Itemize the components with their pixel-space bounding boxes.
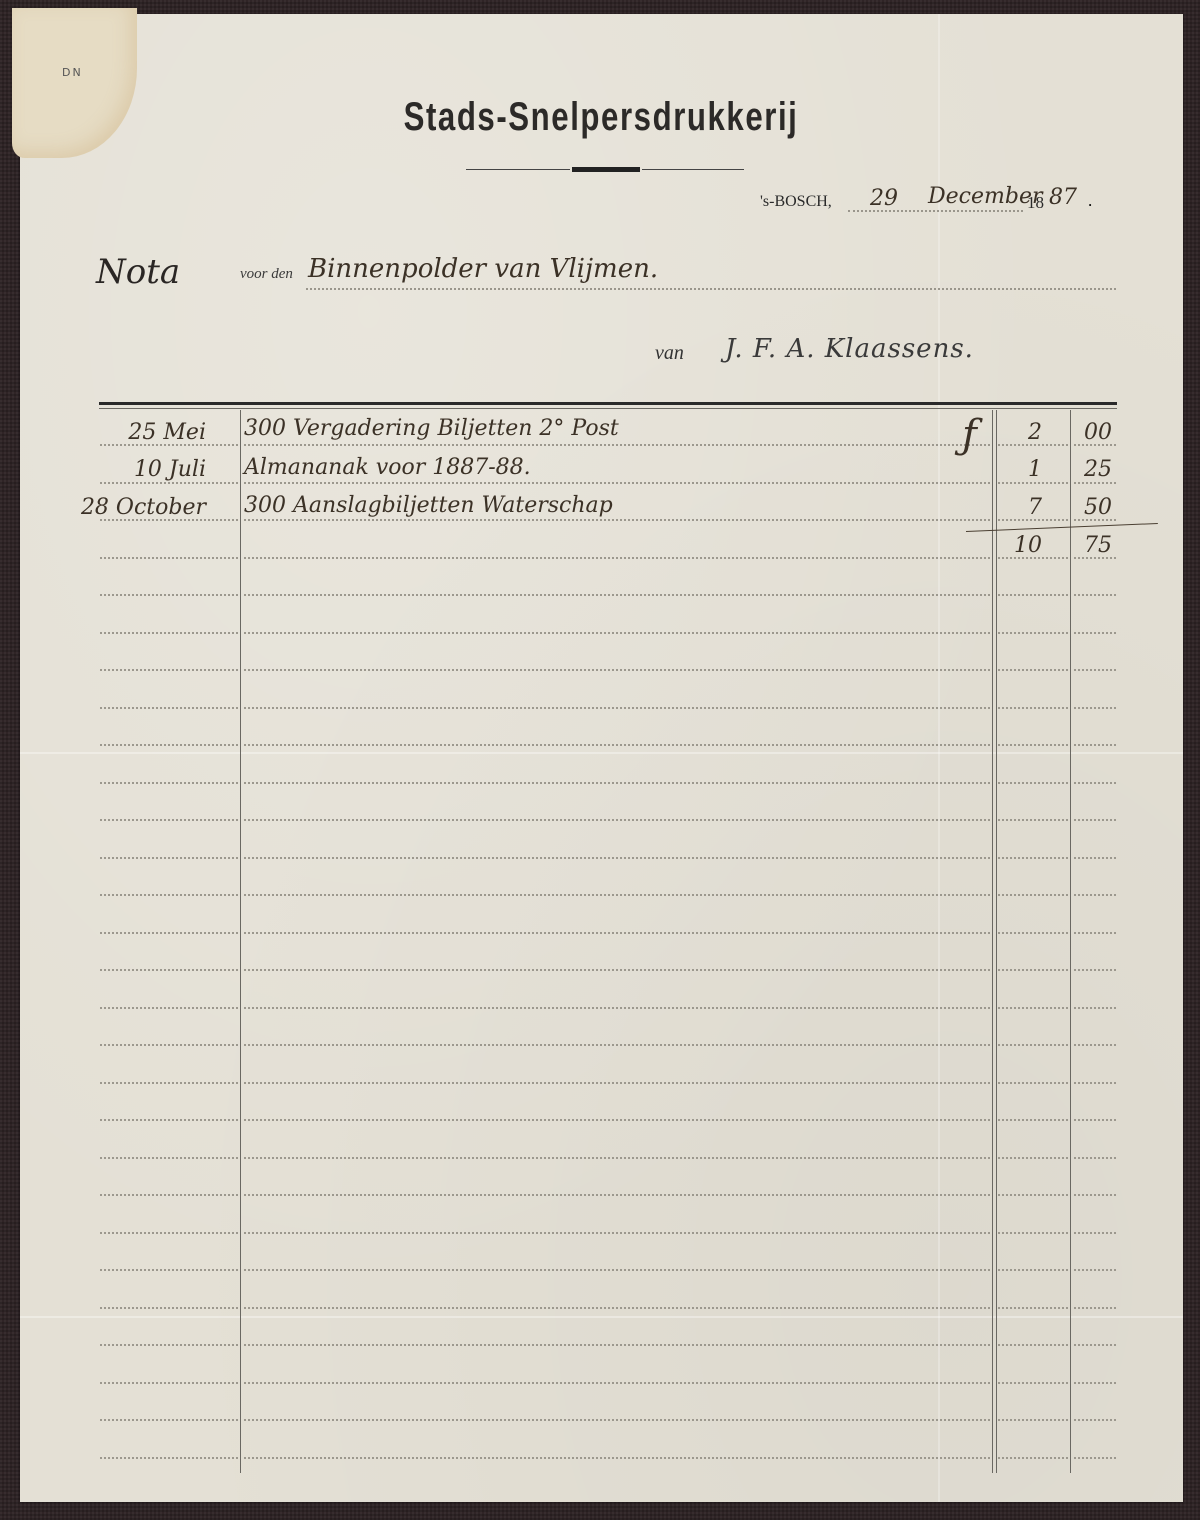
letterhead-rule-ornament <box>446 167 686 172</box>
dotted-rule <box>244 707 990 709</box>
dotted-rule <box>244 1419 990 1421</box>
dotted-rule <box>244 932 990 934</box>
date-year-handwritten: 87 <box>1049 185 1077 210</box>
dotted-rule <box>244 557 990 559</box>
dotted-rule <box>100 594 238 596</box>
torn-corner <box>12 8 137 158</box>
dotted-rule <box>244 857 990 859</box>
dotted-rule <box>244 1232 990 1234</box>
issuer-line: van J. F. A. Klaassens. <box>655 330 1105 380</box>
dotted-rule <box>100 1082 238 1084</box>
dotted-rule <box>1074 894 1116 896</box>
dotted-rule <box>100 1269 238 1271</box>
dotted-rule <box>1074 782 1116 784</box>
dotted-rule <box>100 1007 238 1009</box>
dotted-rule <box>244 782 990 784</box>
dotted-rule <box>998 1119 1068 1121</box>
item-description: 300 Vergadering Biljetten 2° Post <box>244 416 619 441</box>
dotted-rule <box>100 669 238 671</box>
dotted-rule <box>1074 1157 1116 1159</box>
dotted-rule <box>998 894 1068 896</box>
dotted-rule <box>244 894 990 896</box>
dotted-rule <box>244 1194 990 1196</box>
dotted-rule <box>100 857 238 859</box>
letterhead-company-name: Stads-Snelpersdrukkerij <box>355 95 846 140</box>
place-label: 's-BOSCH, <box>760 193 832 211</box>
item-cents: 50 <box>1084 495 1112 520</box>
florin-symbol: ƒ <box>962 412 977 458</box>
dotted-rule <box>100 894 238 896</box>
dotted-rule <box>244 1007 990 1009</box>
table-top-rule-thin <box>99 408 1117 409</box>
item-guilders: 1 <box>1000 457 1042 482</box>
dotted-rule <box>244 1457 990 1459</box>
place-and-date: 's-BOSCH, 29 December 18 87 . <box>760 188 1120 218</box>
dotted-rule <box>100 932 238 934</box>
total-cents: 75 <box>1084 533 1112 558</box>
item-date: 25 Mei <box>76 420 206 445</box>
dotted-rule <box>100 744 238 746</box>
dotted-rule <box>1074 932 1116 934</box>
dotted-rule <box>998 1194 1068 1196</box>
fold-crease-horizontal-lower <box>20 1316 1183 1318</box>
item-description: Almananak voor 1887-88. <box>244 455 531 480</box>
dotted-rule <box>244 1307 990 1309</box>
dotted-rule <box>998 932 1068 934</box>
dotted-rule <box>998 1269 1068 1271</box>
guilder-column-divider-b <box>996 410 997 1473</box>
dotted-rule <box>100 1119 238 1121</box>
dotted-rule <box>998 1457 1068 1459</box>
dotted-rule <box>998 1382 1068 1384</box>
dotted-rule <box>1074 632 1116 634</box>
dotted-rule <box>998 1419 1068 1421</box>
dotted-rule <box>1074 669 1116 671</box>
dotted-rule <box>100 819 238 821</box>
dotted-rule <box>244 1082 990 1084</box>
dotted-rule <box>998 594 1068 596</box>
dotted-rule <box>100 1157 238 1159</box>
dotted-rule <box>998 857 1068 859</box>
dotted-rule <box>998 1044 1068 1046</box>
dotted-rule <box>1074 1194 1116 1196</box>
dotted-rule <box>998 632 1068 634</box>
dotted-rule <box>1074 819 1116 821</box>
dotted-rule <box>1074 1232 1116 1234</box>
dotted-rule <box>100 1232 238 1234</box>
dotted-rule <box>100 557 238 559</box>
dotted-rule <box>244 444 990 446</box>
van-label: van <box>655 342 684 365</box>
dotted-rule <box>244 669 990 671</box>
guilder-column-divider-a <box>992 410 993 1473</box>
dotted-rule <box>244 1269 990 1271</box>
recipient-dotted-line <box>306 288 1116 290</box>
dotted-rule <box>244 1344 990 1346</box>
table-top-rule <box>99 402 1117 405</box>
dotted-rule <box>244 1382 990 1384</box>
dotted-rule <box>998 782 1068 784</box>
nota-label: Nota <box>96 252 180 292</box>
dotted-rule <box>998 969 1068 971</box>
dotted-rule <box>1074 1007 1116 1009</box>
fold-crease-horizontal <box>20 752 1183 754</box>
dotted-rule <box>1074 1382 1116 1384</box>
dotted-rule <box>1074 1044 1116 1046</box>
dotted-rule <box>100 707 238 709</box>
issuer-name: J. F. A. Klaassens. <box>725 334 974 364</box>
dotted-rule <box>244 1119 990 1121</box>
dotted-rule <box>998 707 1068 709</box>
dotted-rule <box>1074 1269 1116 1271</box>
corner-stamp: DN <box>62 66 83 79</box>
dotted-rule <box>244 969 990 971</box>
dotted-rule <box>244 1157 990 1159</box>
dotted-rule <box>1074 482 1116 484</box>
dotted-rule <box>1074 744 1116 746</box>
description-column-divider <box>240 410 241 1473</box>
dotted-rule <box>998 1307 1068 1309</box>
dotted-rule <box>100 1307 238 1309</box>
dotted-rule <box>1074 1419 1116 1421</box>
dotted-rule <box>1074 594 1116 596</box>
dotted-rule <box>998 744 1068 746</box>
nota-recipient-line: Nota voor den Binnenpolder van Vlijmen. <box>96 252 1116 296</box>
dotted-rule <box>100 1419 238 1421</box>
date-month: December <box>928 184 1042 209</box>
dotted-rule <box>998 669 1068 671</box>
date-year-printed: 18 <box>1027 193 1044 213</box>
item-description: 300 Aanslagbiljetten Waterschap <box>244 493 613 518</box>
dotted-rule <box>100 482 238 484</box>
dotted-rule <box>244 482 990 484</box>
voor-den-label: voor den <box>240 266 293 283</box>
dotted-rule <box>1074 1119 1116 1121</box>
dotted-rule <box>244 1044 990 1046</box>
dotted-rule <box>100 782 238 784</box>
item-cents: 00 <box>1084 420 1112 445</box>
dotted-rule <box>998 482 1068 484</box>
dotted-rule <box>998 1344 1068 1346</box>
dotted-rule <box>1074 1082 1116 1084</box>
item-cents: 25 <box>1084 457 1112 482</box>
dotted-rule <box>100 1194 238 1196</box>
dotted-rule <box>100 1344 238 1346</box>
dotted-rule <box>1074 969 1116 971</box>
dotted-rule <box>998 819 1068 821</box>
dotted-rule <box>1074 1457 1116 1459</box>
dotted-rule <box>100 632 238 634</box>
date-period: . <box>1088 191 1092 211</box>
fold-crease-vertical <box>938 14 940 1502</box>
dotted-rule <box>100 1382 238 1384</box>
dotted-rule <box>100 1044 238 1046</box>
dotted-rule <box>1074 707 1116 709</box>
dotted-rule <box>244 519 990 521</box>
dotted-rule <box>1074 1344 1116 1346</box>
item-guilders: 2 <box>1000 420 1042 445</box>
date-day: 29 <box>870 186 898 211</box>
dotted-rule <box>998 1007 1068 1009</box>
dotted-rule <box>1074 857 1116 859</box>
item-date: 28 October <box>76 495 206 520</box>
dotted-rule <box>998 1157 1068 1159</box>
dotted-rule <box>998 1082 1068 1084</box>
total-guilders: 10 <box>1000 533 1042 558</box>
dotted-rule <box>100 969 238 971</box>
dotted-rule <box>1074 1307 1116 1309</box>
dotted-rule <box>998 1232 1068 1234</box>
dotted-rule <box>244 744 990 746</box>
item-guilders: 7 <box>1000 495 1042 520</box>
dotted-rule <box>100 1457 238 1459</box>
invoice-sheet: DN <box>20 14 1183 1502</box>
cents-column-divider <box>1070 410 1071 1473</box>
dotted-rule <box>244 594 990 596</box>
dotted-rule <box>244 819 990 821</box>
recipient-name: Binnenpolder van Vlijmen. <box>308 254 658 284</box>
dotted-rule <box>244 632 990 634</box>
item-date: 10 Juli <box>76 457 206 482</box>
